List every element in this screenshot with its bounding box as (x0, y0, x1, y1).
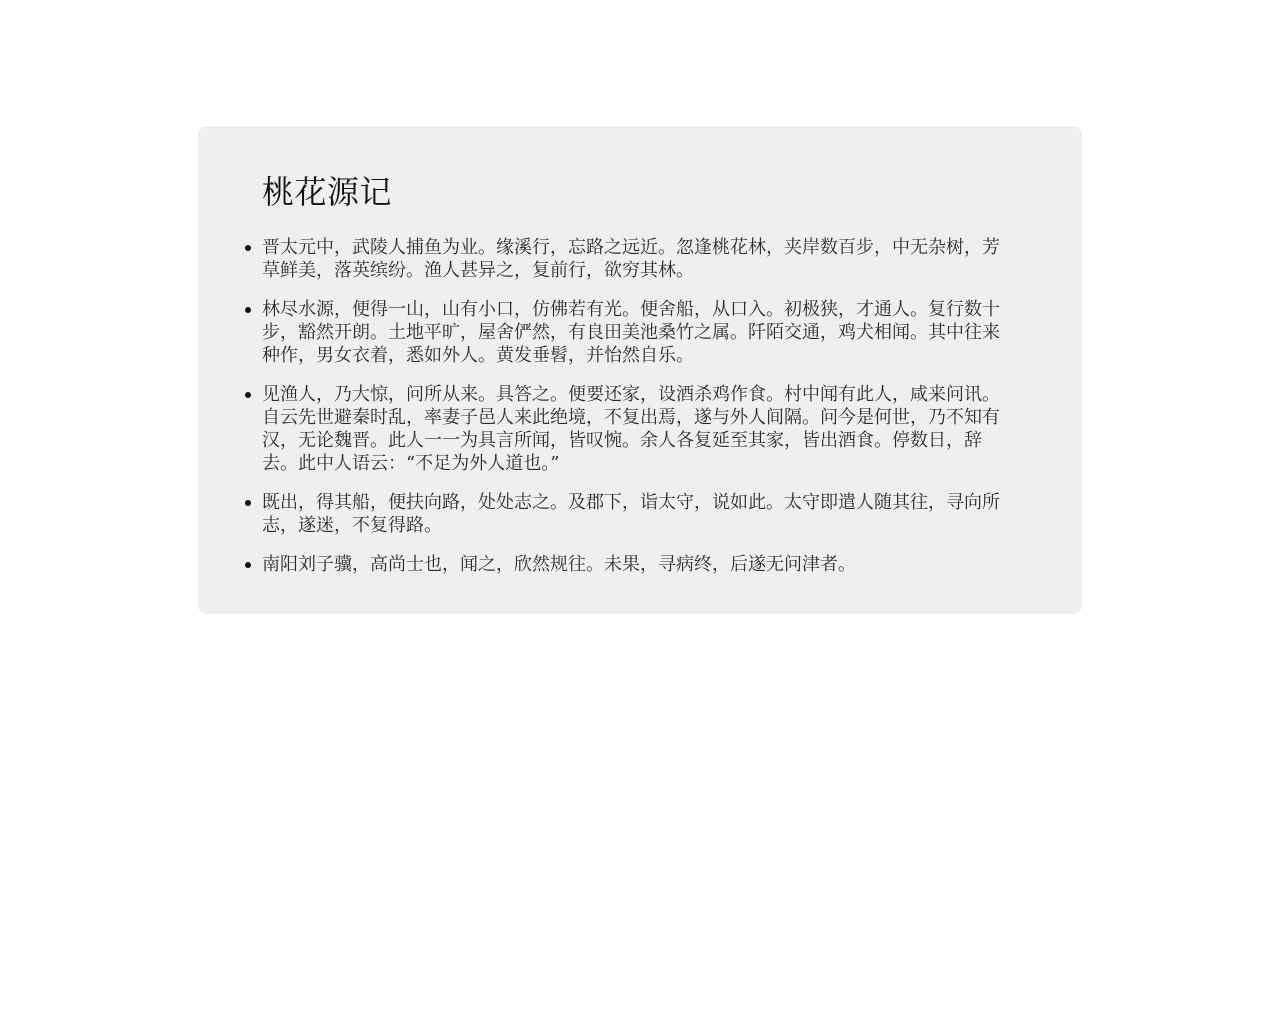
paragraph-text: 林尽水源，便得一山，山有小口，仿佛若有光。便舍船，从口入。初极狭，才通人。复行数… (262, 299, 1000, 366)
bullet-icon (245, 500, 251, 506)
bullet-icon (245, 562, 251, 568)
list-item: 南阳刘子骥，高尚士也，闻之，欣然规往。未果，寻病终，后遂无问津者。 (262, 553, 1002, 576)
article-card: 桃花源记 晋太元中，武陵人捕鱼为业。缘溪行，忘路之远近。忽逢桃花林，夹岸数百步，… (198, 126, 1082, 614)
bullet-icon (245, 245, 251, 251)
paragraph-list: 晋太元中，武陵人捕鱼为业。缘溪行，忘路之远近。忽逢桃花林，夹岸数百步，中无杂树，… (262, 236, 1002, 576)
list-item: 既出，得其船，便扶向路，处处志之。及郡下，诣太守，说如此。太守即遣人随其往，寻向… (262, 491, 1002, 537)
paragraph-text: 晋太元中，武陵人捕鱼为业。缘溪行，忘路之远近。忽逢桃花林，夹岸数百步，中无杂树，… (262, 237, 1000, 281)
list-item: 林尽水源，便得一山，山有小口，仿佛若有光。便舍船，从口入。初极狭，才通人。复行数… (262, 298, 1002, 367)
list-item: 晋太元中，武陵人捕鱼为业。缘溪行，忘路之远近。忽逢桃花林，夹岸数百步，中无杂树，… (262, 236, 1002, 282)
paragraph-text: 南阳刘子骥，高尚士也，闻之，欣然规往。未果，寻病终，后遂无问津者。 (262, 554, 856, 575)
article-title: 桃花源记 (262, 170, 1002, 214)
bullet-icon (245, 307, 251, 313)
list-item: 见渔人，乃大惊，问所从来。具答之。便要还家，设酒杀鸡作食。村中闻有此人，咸来问讯… (262, 383, 1002, 475)
paragraph-text: 见渔人，乃大惊，问所从来。具答之。便要还家，设酒杀鸡作食。村中闻有此人，咸来问讯… (262, 384, 1000, 474)
bullet-icon (245, 392, 251, 398)
paragraph-text: 既出，得其船，便扶向路，处处志之。及郡下，诣太守，说如此。太守即遣人随其往，寻向… (262, 492, 1000, 536)
